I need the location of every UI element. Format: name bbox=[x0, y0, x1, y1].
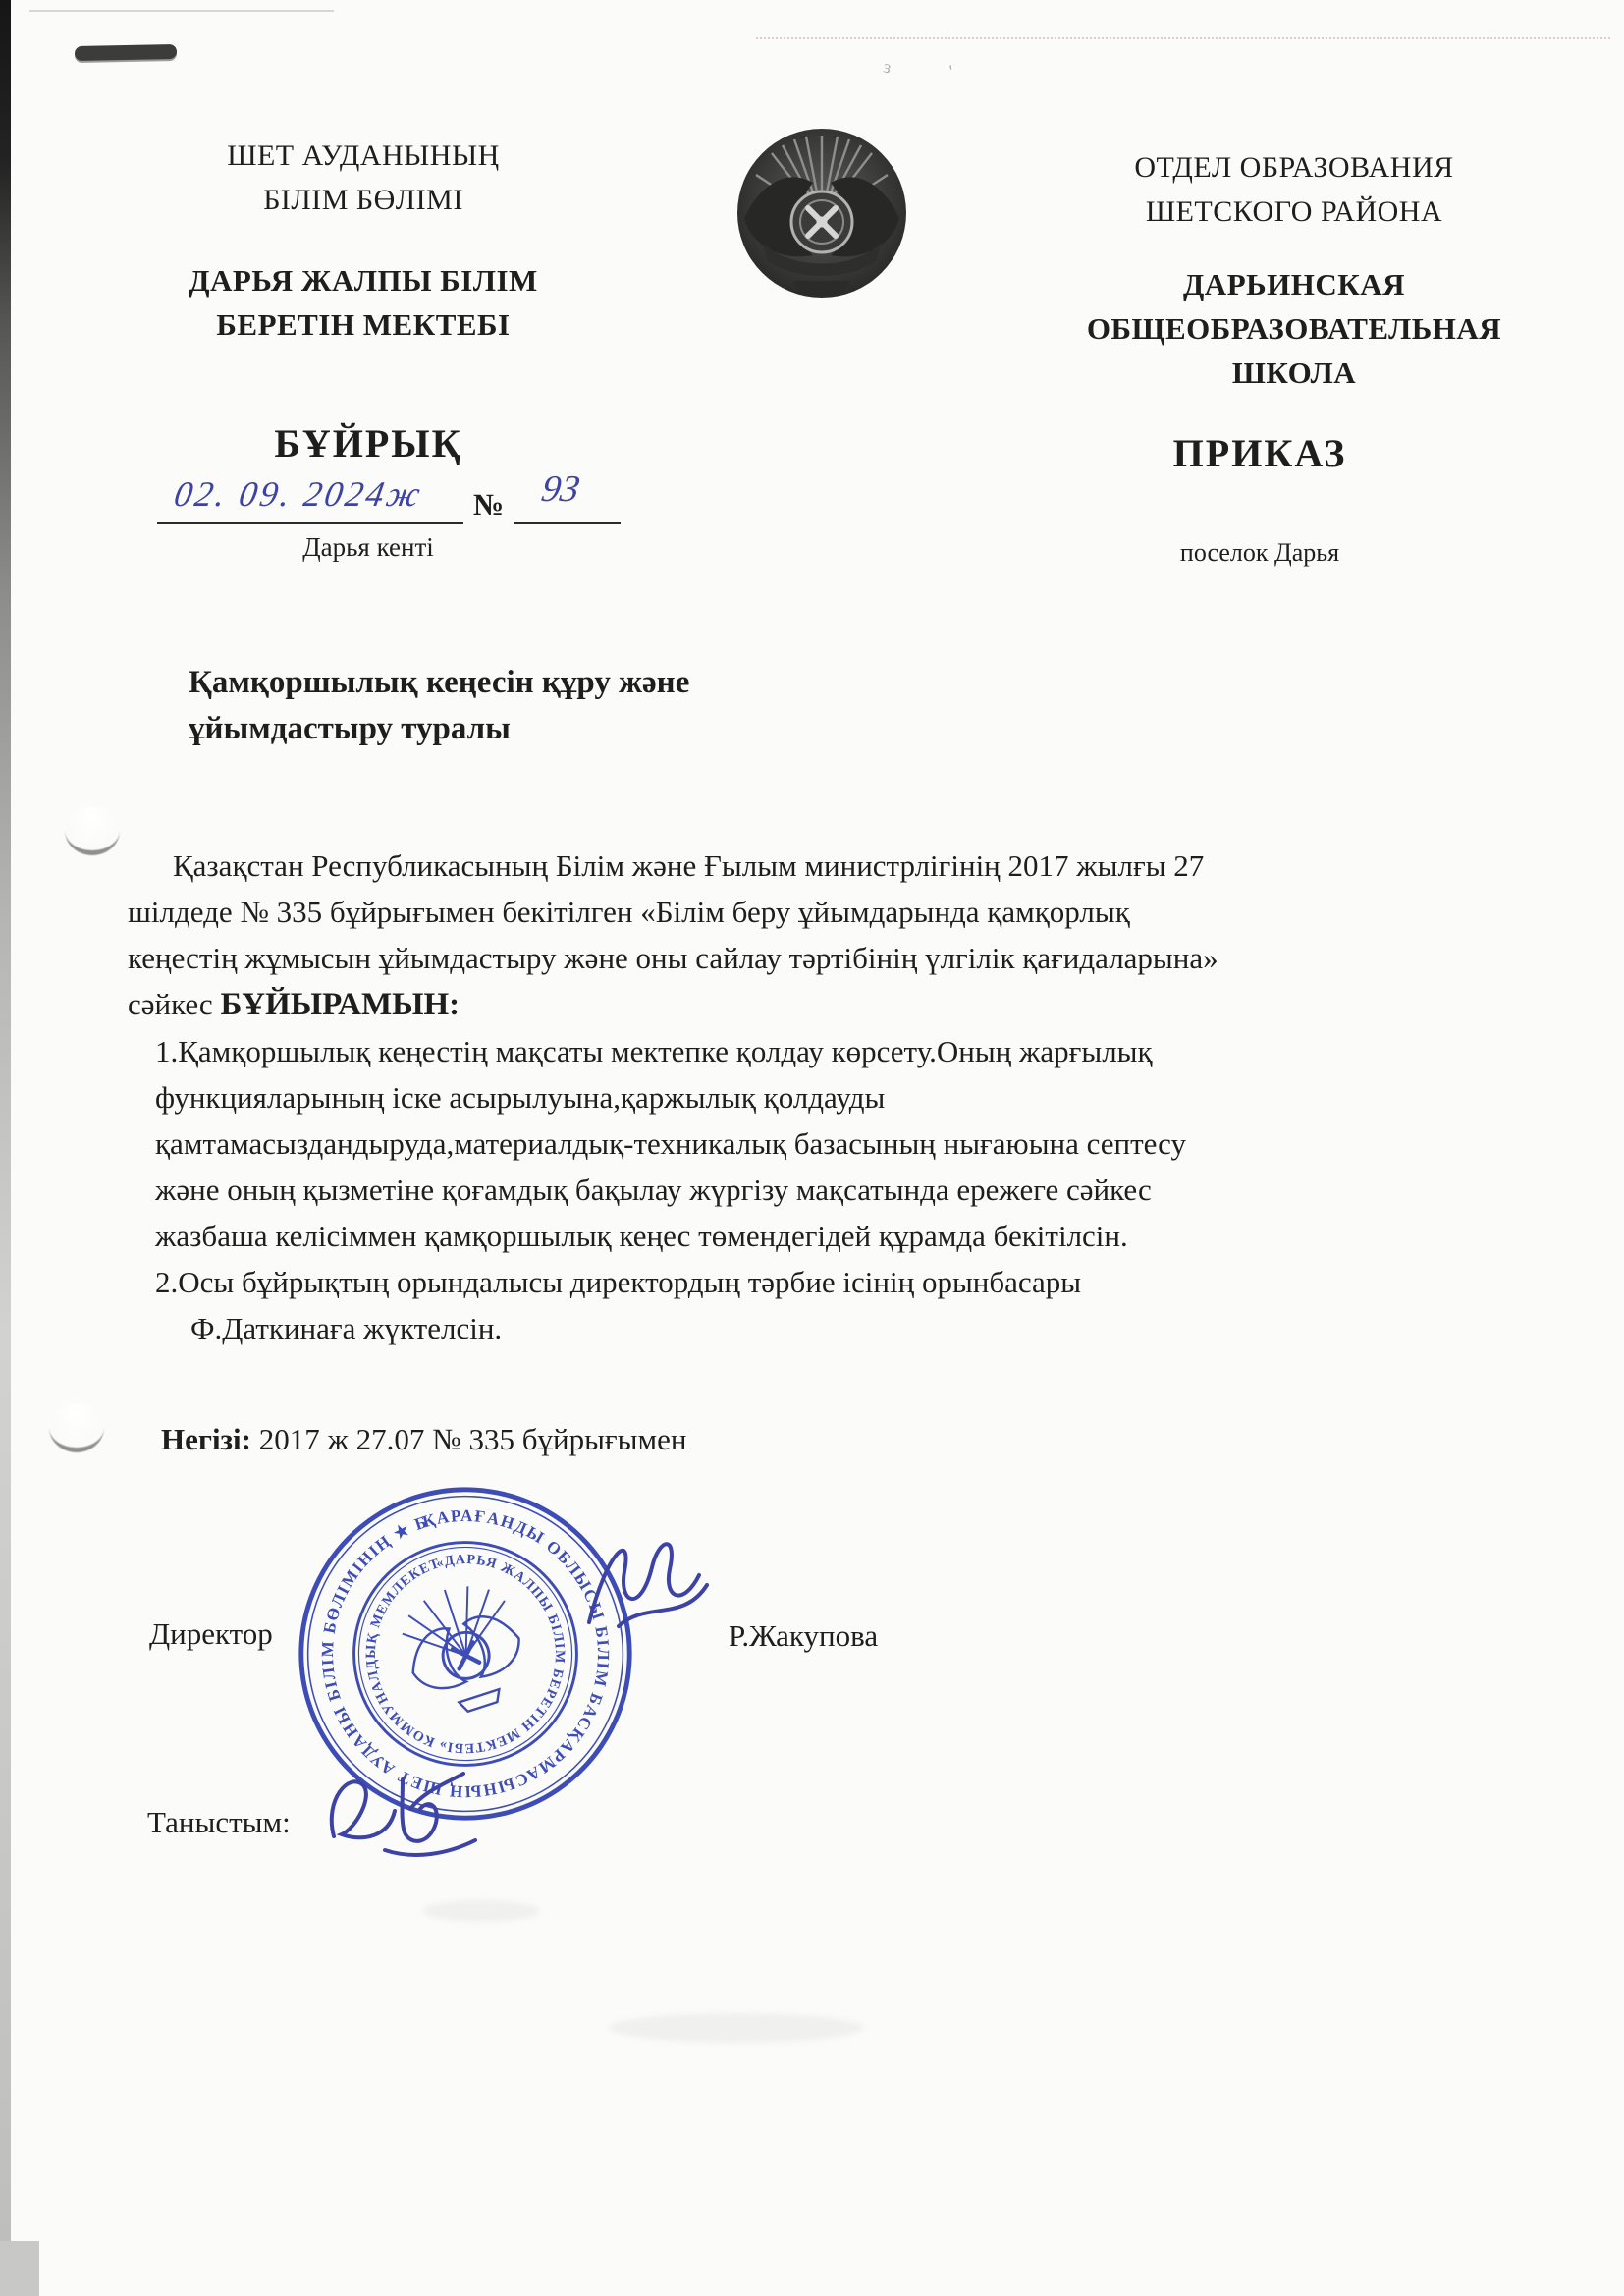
dept-name-ru-line1: ОТДЕЛ ОБРАЗОВАНИЯ bbox=[1039, 145, 1549, 190]
school-name-kk-line2: БЕРЕТІН МЕКТЕБІ bbox=[137, 303, 589, 348]
order-subject: Қамқоршылық кеңесін құру және ұйымдастыр… bbox=[189, 660, 689, 752]
header-right-department: ОТДЕЛ ОБРАЗОВАНИЯ ШЕТСКОГО РАЙОНА ДАРЬИН… bbox=[1039, 145, 1549, 396]
resolution-prefix: сәйкес bbox=[128, 987, 220, 1021]
item2-line: 2.Осы бұйрықтың орындалысы директордың т… bbox=[128, 1259, 1561, 1305]
director-signature bbox=[568, 1524, 725, 1652]
school-name-ru-line1: ДАРЬИНСКАЯ bbox=[1039, 263, 1549, 307]
date-underline bbox=[157, 522, 463, 524]
spacer bbox=[1039, 234, 1549, 263]
scan-dotted-line-artifact bbox=[756, 37, 1610, 39]
order-place-ru: поселок Дарья bbox=[1039, 538, 1481, 568]
item1-line: және оның қызметіне қоғамдық бақылау жүр… bbox=[128, 1167, 1561, 1213]
header-left-department: ШЕТ АУДАНЫНЫҢ БІЛІМ БӨЛІМІ ДАРЬЯ ЖАЛПЫ Б… bbox=[137, 134, 589, 348]
order-place-kk: Дарья кенті bbox=[137, 532, 599, 563]
basis-label: Негізі: bbox=[161, 1422, 251, 1456]
handwritten-date: 02. 09. 2024ж bbox=[171, 473, 426, 515]
item1-line: жазбаша келісіммен қамқоршылық кеңес төм… bbox=[128, 1213, 1561, 1259]
item1-line: функцияларының іске асырылуына,қаржылық … bbox=[128, 1074, 1561, 1121]
basis-line: Негізі: 2017 ж 27.07 № 335 бұйрығымен bbox=[161, 1422, 686, 1457]
number-underline bbox=[514, 522, 621, 524]
body-line: Қазақстан Республикасының Білім және Ғыл… bbox=[128, 843, 1561, 889]
order-title-kk: БҰЙРЫҚ bbox=[137, 420, 599, 466]
body-resolution-line: сәйкес БҰЙЫРАМЫН: bbox=[128, 981, 1561, 1028]
pen-speck-artifact: ɜ bbox=[882, 56, 893, 78]
item2-line: Ф.Даткинаға жүктелсін. bbox=[128, 1305, 1561, 1351]
order-title-ru: ПРИКАЗ bbox=[1039, 430, 1481, 476]
kazakhstan-coat-of-arms-emblem bbox=[732, 124, 911, 302]
director-label: Директор bbox=[149, 1616, 273, 1652]
school-name-ru-line2: ОБЩЕОБРАЗОВАТЕЛЬНАЯ bbox=[1039, 307, 1549, 352]
basis-text: 2017 ж 27.07 № 335 бұйрығымен bbox=[251, 1422, 686, 1456]
number-sign: № bbox=[473, 487, 504, 522]
resolution-word: БҰЙЫРАМЫН: bbox=[220, 987, 460, 1022]
body-line: шілдеде № 335 бұйрығымен бекітілген «Біл… bbox=[128, 889, 1561, 935]
item1-line: қамтамасыздандыруда,материалдық-техникал… bbox=[128, 1121, 1561, 1167]
marker-dash-artifact bbox=[75, 44, 177, 61]
item1-line: 1.Қамқоршылық кеңестің мақсаты мектепке … bbox=[128, 1028, 1561, 1074]
body-line: кеңестің жұмысын ұйымдастыру және оны са… bbox=[128, 935, 1561, 981]
pen-speck-artifact: ʹ bbox=[947, 61, 958, 82]
dept-name-kk-line1: ШЕТ АУДАНЫНЫҢ bbox=[137, 134, 589, 178]
school-name-ru-line3: ШКОЛА bbox=[1039, 352, 1549, 396]
scan-smudge bbox=[422, 1900, 540, 1922]
director-name: Р.Жакупова bbox=[729, 1618, 878, 1654]
acquainted-signature bbox=[316, 1750, 493, 1863]
scan-top-line-artifact bbox=[29, 10, 334, 12]
dept-name-ru-line2: ШЕТСКОГО РАЙОНА bbox=[1039, 190, 1549, 234]
scan-smudge bbox=[609, 2013, 864, 2043]
punch-hole-shadow bbox=[65, 805, 120, 855]
school-name-kk-line1: ДАРЬЯ ЖАЛПЫ БІЛІМ bbox=[137, 259, 589, 303]
acquainted-label: Таныстым: bbox=[147, 1805, 291, 1840]
spacer bbox=[137, 222, 589, 259]
punch-hole-shadow bbox=[49, 1402, 104, 1452]
handwritten-number: 93 bbox=[538, 467, 583, 511]
order-body: Қазақстан Республикасының Білім және Ғыл… bbox=[128, 843, 1561, 1351]
subject-line1: Қамқоршылық кеңесін құру және bbox=[189, 660, 689, 706]
scan-corner-shadow bbox=[0, 2241, 39, 2296]
scan-edge-strip bbox=[0, 0, 11, 2296]
scanned-order-document: ɜ ʹ ШЕТ АУДАНЫНЫҢ БІЛІМ БӨЛІМІ ДАРЬЯ ЖАЛ… bbox=[0, 0, 1624, 2296]
dept-name-kk-line2: БІЛІМ БӨЛІМІ bbox=[137, 178, 589, 222]
subject-line2: ұйымдастыру туралы bbox=[189, 706, 689, 752]
